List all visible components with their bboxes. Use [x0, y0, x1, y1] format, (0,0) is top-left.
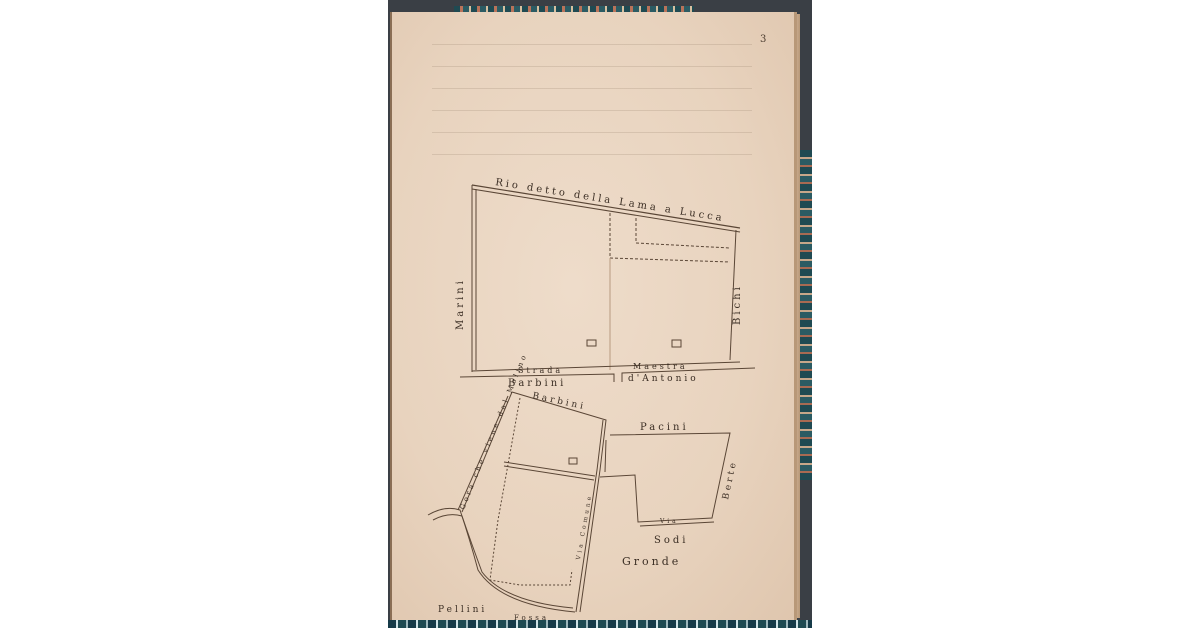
- label-pacini: Pacini: [640, 422, 689, 433]
- label-d-antonio: d'Antonio: [628, 374, 699, 384]
- cadastral-map: Rio detto della Lama a Lucca Marini Bich…: [0, 0, 1200, 628]
- label-sodi: Sodi: [654, 535, 688, 546]
- label-strada: Strada: [518, 366, 563, 375]
- label-marini: Marini: [455, 278, 466, 330]
- label-berte: Berte: [721, 459, 739, 500]
- label-via: Via: [659, 518, 679, 525]
- label-bichi: Bichi: [732, 284, 743, 325]
- label-gronde: Gronde: [622, 555, 681, 568]
- label-fossa: Fossa: [514, 614, 549, 622]
- label-barbini-lower: Barbini: [531, 391, 586, 412]
- label-river: Rio detto della Lama a Lucca: [495, 177, 726, 224]
- label-pellini: Pellini: [438, 605, 487, 615]
- label-via-comune: Via Comune: [575, 493, 594, 561]
- label-maestra: Maestra: [633, 362, 688, 371]
- label-gora: Gora che viene dal Molino: [458, 352, 528, 511]
